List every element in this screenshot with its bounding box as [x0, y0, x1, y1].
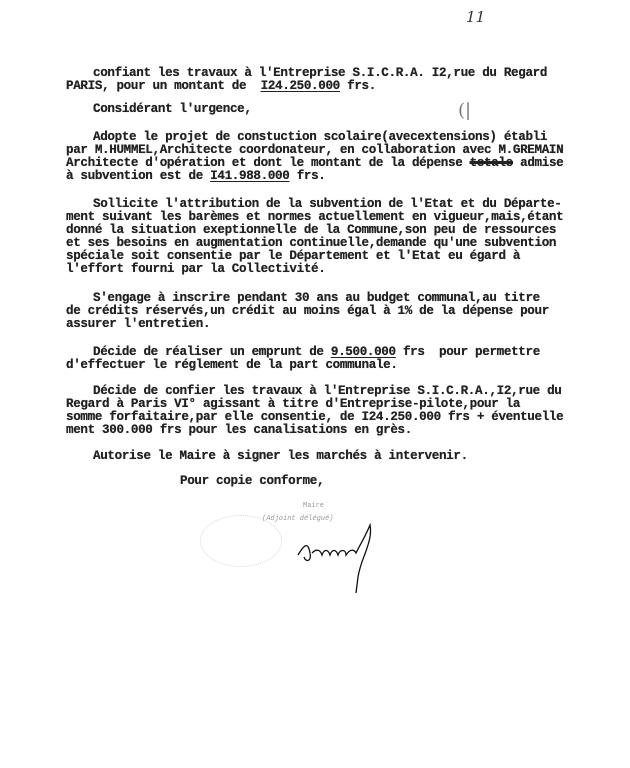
text-span: Architecte d'opération et dont le montan… [66, 156, 462, 170]
text-span: admise [520, 156, 563, 170]
struck-word: totale [470, 156, 513, 170]
closing-line: Pour copie conforme, [180, 475, 324, 488]
text-line: PARIS, pour un montant de I24.250.000 fr… [66, 80, 376, 93]
page-number-mark: 11 [464, 8, 487, 26]
signature: Ahmonel [290, 505, 400, 595]
text-line: d'effectuer le réglement de la part comm… [66, 359, 398, 372]
text-line: assurer l'entretien. [66, 318, 210, 331]
text-span: à subvention est de [66, 169, 203, 183]
paragraph-autorise: Autorise le Maire à signer les marchés à… [93, 450, 468, 463]
amount-underlined: I41.988.000 [210, 169, 289, 183]
paragraph-considerant: Considérant l'urgence, [93, 103, 252, 116]
amount-underlined: 9.500.000 [331, 345, 396, 359]
text-line: ment 300.000 frs pour les canalisations … [66, 424, 412, 437]
text-span: frs pour permettre [403, 345, 540, 359]
document-page: 11 (| confiant les travaux à l'Entrepris… [0, 0, 630, 768]
text-line: l'effort fourni par la Collectivité. [66, 263, 325, 276]
text-span: frs. [347, 79, 376, 93]
official-stamp [200, 515, 282, 567]
text-span: frs. [297, 169, 326, 183]
text-span: Décide de réaliser un emprunt de [93, 345, 324, 359]
amount-underlined: I24.250.000 [261, 79, 340, 93]
text-line: à subvention est de I41.988.000 frs. [66, 170, 326, 183]
pencil-mark: (| [458, 100, 471, 121]
text-span: PARIS, pour un montant de [66, 79, 246, 93]
